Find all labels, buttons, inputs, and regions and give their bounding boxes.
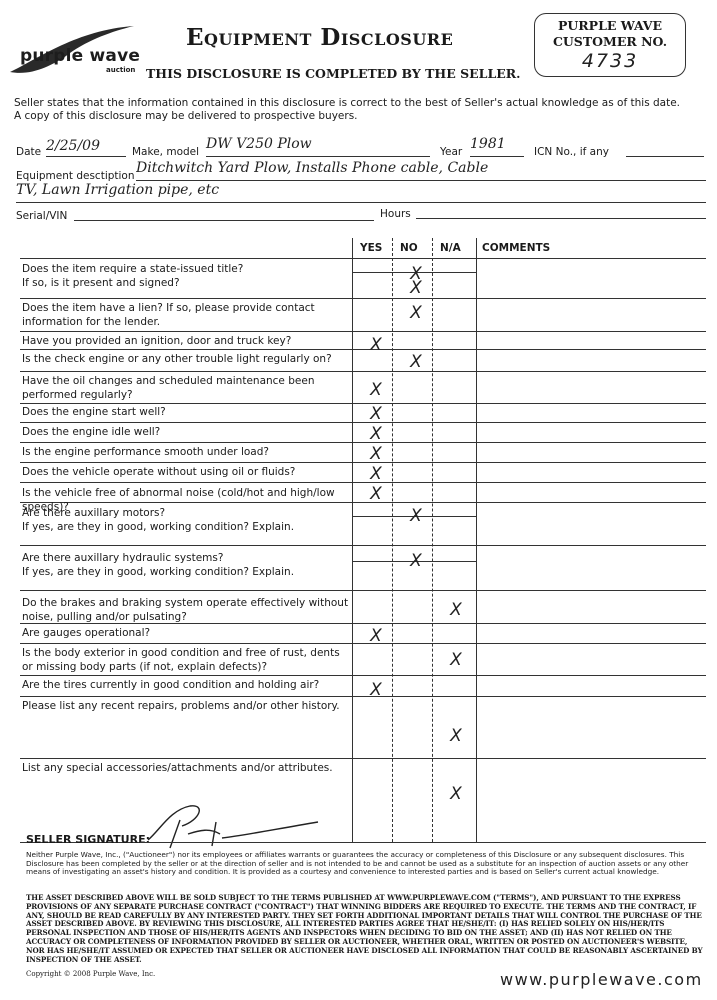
logo-text: purple wave — [20, 46, 140, 66]
page-title: Equipment Disclosure — [186, 24, 453, 51]
purple-wave-logo: purple wave auction — [6, 20, 146, 80]
checkbox-na-mark[interactable]: X — [445, 726, 467, 746]
disclaimer-text: Neither Purple Wave, Inc., ("Auctioneer"… — [26, 851, 704, 877]
page-subtitle: THIS DISCLOSURE IS COMPLETED BY THE SELL… — [146, 66, 521, 81]
checkbox-no-mark[interactable]: X — [405, 352, 427, 372]
row-divider — [20, 675, 706, 676]
checkbox-yes-mark[interactable]: X — [365, 464, 387, 484]
equipment-description-line-2[interactable]: TV, Lawn Irrigation pipe, etc — [16, 182, 706, 203]
signature-line — [140, 842, 706, 843]
terms-text: THE ASSET DESCRIBED ABOVE WILL BE SOLD S… — [26, 894, 706, 964]
row-divider — [20, 545, 706, 546]
serial-vin-label: Serial/VIN — [16, 210, 67, 222]
checkbox-yes-mark[interactable]: X — [365, 380, 387, 400]
row-divider — [20, 258, 706, 259]
make-model-field[interactable]: DW V250 Plow — [206, 136, 430, 157]
row-divider — [20, 643, 706, 644]
checkbox-yes-mark[interactable]: X — [365, 680, 387, 700]
checkbox-na-mark[interactable]: X — [445, 600, 467, 620]
question-text: If yes, are they in good, working condit… — [22, 565, 352, 579]
customer-number-box: PURPLE WAVE CUSTOMER NO. 4733 — [534, 13, 686, 77]
hours-field[interactable] — [416, 202, 706, 219]
make-model-label: Make, model — [132, 146, 199, 158]
row-divider — [20, 422, 706, 423]
customer-number[interactable]: 4733 — [535, 50, 685, 72]
row-divider — [20, 331, 706, 332]
column-header-no: NO — [400, 242, 418, 254]
column-divider — [352, 238, 353, 842]
intro-line-1: Seller states that the information conta… — [14, 97, 680, 110]
row-divider — [20, 442, 706, 443]
equipment-description-line-1[interactable]: Ditchwitch Yard Plow, Installs Phone cab… — [136, 160, 706, 181]
question-text: Are there auxillary hydraulic systems? — [22, 551, 352, 565]
checkbox-no-mark[interactable]: X — [405, 303, 427, 323]
question-text: Are gauges operational? — [22, 626, 352, 640]
row-divider — [20, 298, 706, 299]
question-text: Are the tires currently in good conditio… — [22, 678, 352, 692]
column-divider — [476, 238, 477, 842]
question-text: Does the item have a lien? If so, please… — [22, 301, 352, 329]
question-text: Is the body exterior in good condition a… — [22, 646, 352, 674]
column-divider — [432, 238, 433, 842]
question-text: If yes, are they in good, working condit… — [22, 520, 352, 534]
date-field[interactable]: 2/25/09 — [46, 138, 126, 157]
intro-statement: Seller states that the information conta… — [14, 97, 680, 123]
customer-box-line1: PURPLE WAVE — [535, 18, 685, 33]
checkbox-no-mark[interactable]: X — [405, 506, 427, 526]
checkbox-yes-mark[interactable]: X — [365, 626, 387, 646]
checkbox-yes-mark[interactable]: X — [365, 484, 387, 504]
intro-line-2: A copy of this disclosure may be deliver… — [14, 110, 680, 123]
checkbox-yes-mark[interactable]: X — [365, 335, 387, 355]
serial-vin-field[interactable] — [74, 204, 374, 221]
question-text: If so, is it present and signed? — [22, 276, 352, 290]
question-text: Does the vehicle operate without using o… — [22, 465, 352, 479]
column-header-na: N/A — [440, 242, 461, 254]
seller-signature-label: SELLER SIGNATURE: — [26, 833, 150, 846]
question-text: Is the engine performance smooth under l… — [22, 445, 352, 459]
checkbox-na-mark[interactable]: X — [445, 650, 467, 670]
customer-box-line2: CUSTOMER NO. — [535, 34, 685, 49]
row-divider — [20, 696, 706, 697]
column-header-comments: COMMENTS — [482, 242, 550, 254]
hours-label: Hours — [380, 208, 411, 220]
question-text: Please list any recent repairs, problems… — [22, 699, 352, 713]
column-divider — [392, 238, 393, 842]
question-text: Is the check engine or any other trouble… — [22, 352, 352, 366]
icn-label: ICN No., if any — [534, 146, 609, 158]
equipment-description-label: Equipment desctiption — [16, 170, 135, 182]
row-divider — [20, 758, 706, 759]
checkbox-no-mark[interactable]: X — [405, 551, 427, 571]
question-text: Does the engine start well? — [22, 405, 352, 419]
date-label: Date — [16, 146, 41, 158]
question-text: Does the engine idle well? — [22, 425, 352, 439]
logo-subtext: auction — [106, 66, 135, 74]
row-divider — [20, 590, 706, 591]
checkbox-no-mark[interactable]: X — [405, 278, 427, 298]
year-field[interactable]: 1981 — [470, 136, 524, 157]
question-text: List any special accessories/attachments… — [22, 761, 352, 775]
question-text: Have you provided an ignition, door and … — [22, 334, 352, 348]
row-divider — [20, 349, 706, 350]
row-divider — [20, 371, 706, 372]
checkbox-yes-mark[interactable]: X — [365, 424, 387, 444]
question-text: Have the oil changes and scheduled maint… — [22, 374, 352, 402]
copyright-text: Copyright © 2008 Purple Wave, Inc. — [26, 970, 155, 978]
checkbox-yes-mark[interactable]: X — [365, 444, 387, 464]
website-link[interactable]: www.purplewave.com — [500, 970, 703, 989]
question-text: Does the item require a state-issued tit… — [22, 262, 352, 276]
checkbox-na-mark[interactable]: X — [445, 784, 467, 804]
question-text: Are there auxillary motors? — [22, 506, 352, 520]
question-text: Do the brakes and braking system operate… — [22, 596, 352, 624]
row-divider — [20, 403, 706, 404]
row-divider — [20, 462, 706, 463]
icn-field[interactable] — [626, 136, 704, 157]
row-divider — [20, 482, 706, 483]
year-label: Year — [440, 146, 462, 158]
column-header-yes: YES — [360, 242, 382, 254]
checkbox-yes-mark[interactable]: X — [365, 404, 387, 424]
